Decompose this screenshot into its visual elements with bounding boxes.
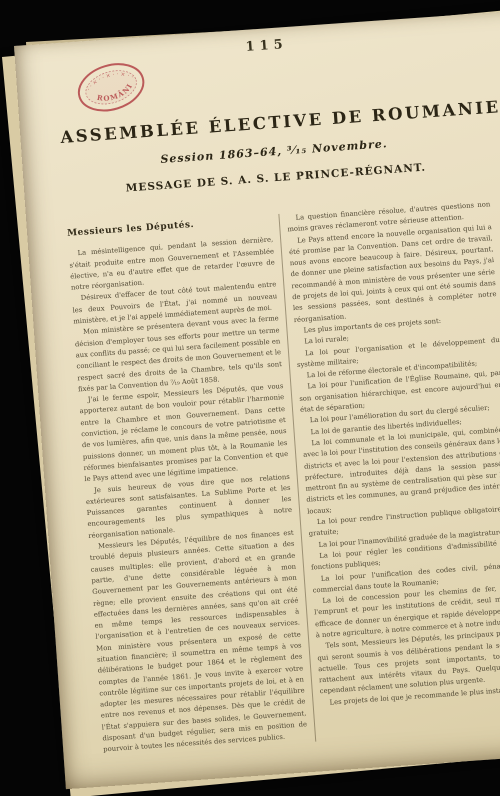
text-columns: Messieurs les Députés. La mésintelligenc… — [67, 199, 500, 756]
paragraph: J'ai le ferme espoir, Messieurs les Dépu… — [79, 381, 290, 485]
paragraph: Le Pays attend encore la nouvelle organi… — [288, 222, 498, 326]
left-column: Messieurs les Députés. La mésintelligenc… — [67, 214, 315, 756]
paragraph: Messieurs les Députés, l'équilibre de no… — [89, 528, 308, 756]
photo-background: ··×··×··×··×·· ROMÂNIA 115 ASSEMBLÉE ÉLE… — [0, 0, 500, 796]
document-page: ··×··×··×··×·· ROMÂNIA 115 ASSEMBLÉE ÉLE… — [14, 10, 500, 789]
right-column: La question financière résolue, d'autres… — [278, 199, 500, 741]
paragraph: La loi communale et la loi municipale, q… — [302, 425, 500, 518]
printed-content: 115 ASSEMBLÉE ÉLECTIVE DE ROUMANIE. Sess… — [55, 24, 500, 757]
page-number: 115 — [55, 24, 479, 69]
